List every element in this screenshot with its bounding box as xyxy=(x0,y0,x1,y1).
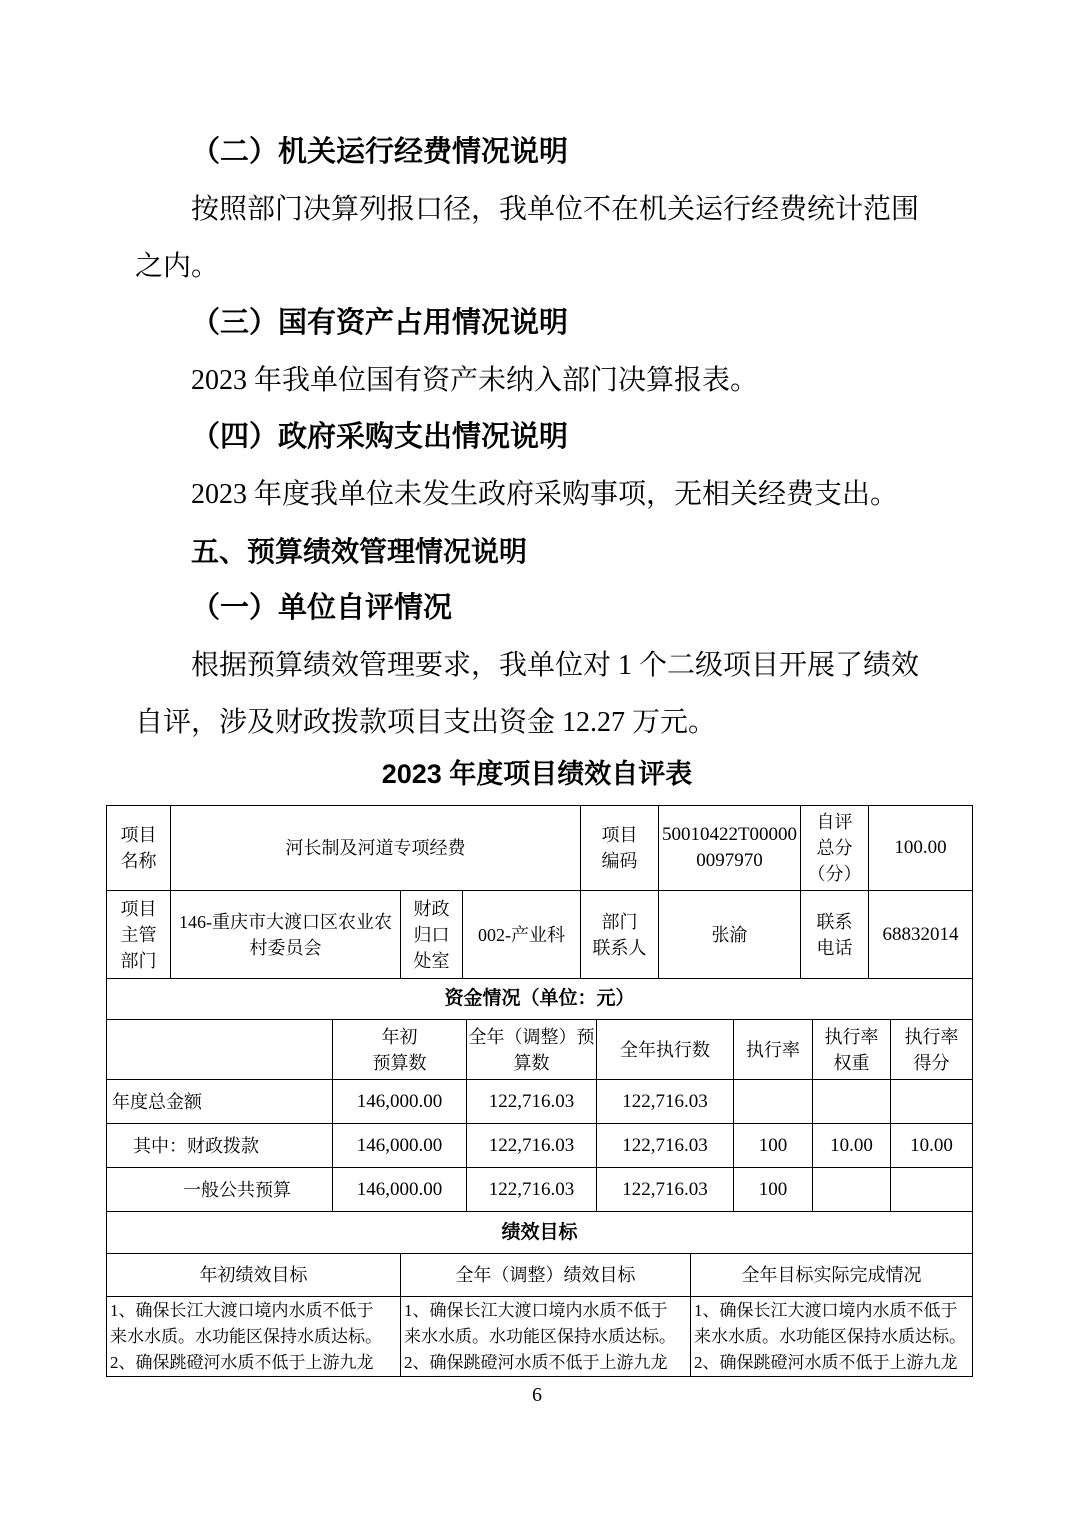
contact-value: 张渝 xyxy=(659,891,801,979)
funds-header-executed: 全年执行数 xyxy=(597,1020,734,1080)
table-row: 其中：财政拨款 146,000.00 122,716.03 122,716.03… xyxy=(107,1124,973,1168)
document-page: （二）机关运行经费情况说明 按照部门决算列报口径，我单位不在机关运行经费统计范围… xyxy=(0,0,1074,1520)
funds-header-initial-budget: 年初 预算数 xyxy=(333,1020,467,1080)
table-row: 年初 预算数 全年（调整）预 算数 全年执行数 执行率 执行率 权重 执行率 得… xyxy=(107,1020,973,1080)
table-row: 年度总金额 146,000.00 122,716.03 122,716.03 xyxy=(107,1080,973,1124)
project-code-value: 50010422T00000 0097970 xyxy=(659,806,801,891)
funds-header-rate-score: 执行率 得分 xyxy=(891,1020,973,1080)
table-title: 2023 年度项目绩效自评表 xyxy=(0,752,1074,796)
finance-office-value: 002-产业科 xyxy=(463,891,581,979)
para-org-operating-expense: 按照部门决算列报口径，我单位不在机关运行经费统计范围 之内。 xyxy=(135,181,959,295)
funds-header-execution-rate: 执行率 xyxy=(734,1020,813,1080)
funds-row-label: 一般公共预算 xyxy=(107,1168,333,1212)
perf-header-initial-goal: 年初绩效目标 xyxy=(107,1254,401,1297)
funds-rate-weight xyxy=(813,1080,891,1124)
project-name-label: 项目 名称 xyxy=(107,806,171,891)
dept-label: 项目 主管 部门 xyxy=(107,891,171,979)
para-self-evaluation: 根据预算绩效管理要求，我单位对 1 个二级项目开展了绩效 自评，涉及财政拨款项目… xyxy=(135,637,959,751)
para-gov-procurement: 2023 年度我单位未发生政府采购事项，无相关经费支出。 xyxy=(135,466,959,523)
funds-table: 资金情况（单位：元） 年初 预算数 全年（调整）预 算数 全年执行数 执行率 执… xyxy=(106,978,973,1212)
performance-section-title: 绩效目标 xyxy=(107,1212,973,1254)
body-text: （二）机关运行经费情况说明 按照部门决算列报口径，我单位不在机关运行经费统计范围… xyxy=(135,124,959,751)
perf-header-adjusted-goal: 全年（调整）绩效目标 xyxy=(401,1254,691,1297)
heading-budget-performance: 五、预算绩效管理情况说明 xyxy=(135,523,959,580)
funds-header-blank xyxy=(107,1020,333,1080)
table-row: 项目 名称 河长制及河道专项经费 项目 编码 50010422T00000 00… xyxy=(107,806,973,891)
funds-adjusted-budget: 122,716.03 xyxy=(467,1124,597,1168)
performance-table: 绩效目标 年初绩效目标 全年（调整）绩效目标 全年目标实际完成情况 1、确保长江… xyxy=(106,1211,973,1377)
funds-adjusted-budget: 122,716.03 xyxy=(467,1080,597,1124)
contact-label: 部门 联系人 xyxy=(581,891,659,979)
funds-initial-budget: 146,000.00 xyxy=(333,1124,467,1168)
funds-executed: 122,716.03 xyxy=(597,1080,734,1124)
project-code-label: 项目 编码 xyxy=(581,806,659,891)
funds-initial-budget: 146,000.00 xyxy=(333,1080,467,1124)
table-row: 绩效目标 xyxy=(107,1212,973,1254)
self-score-label: 自评 总分 （分） xyxy=(801,806,869,891)
perf-actual-completion-text: 1、确保长江大渡口境内水质不低于 来水水质。水功能区保持水质达标。 2、确保跳磴… xyxy=(691,1297,973,1377)
phone-label: 联系 电话 xyxy=(801,891,869,979)
funds-execution-rate xyxy=(734,1080,813,1124)
page-number: 6 xyxy=(0,1380,1074,1410)
heading-self-evaluation: （一）单位自评情况 xyxy=(135,580,959,637)
perf-adjusted-goal-text: 1、确保长江大渡口境内水质不低于 来水水质。水功能区保持水质达标。 2、确保跳磴… xyxy=(401,1297,691,1377)
table-row: 项目 主管 部门 146-重庆市大渡口区农业农 村委员会 财政 归口 处室 00… xyxy=(107,891,973,979)
funds-rate-score: 10.00 xyxy=(891,1124,973,1168)
funds-rate-weight xyxy=(813,1168,891,1212)
para-state-assets: 2023 年我单位国有资产未纳入部门决算报表。 xyxy=(135,352,959,409)
finance-office-label: 财政 归口 处室 xyxy=(401,891,463,979)
dept-value: 146-重庆市大渡口区农业农 村委员会 xyxy=(171,891,401,979)
perf-initial-goal-text: 1、确保长江大渡口境内水质不低于 来水水质。水功能区保持水质达标。 2、确保跳磴… xyxy=(107,1297,401,1377)
funds-rate-score xyxy=(891,1168,973,1212)
table-row: 1、确保长江大渡口境内水质不低于 来水水质。水功能区保持水质达标。 2、确保跳磴… xyxy=(107,1297,973,1377)
funds-executed: 122,716.03 xyxy=(597,1168,734,1212)
project-info-table: 项目 名称 河长制及河道专项经费 项目 编码 50010422T00000 00… xyxy=(106,805,973,979)
funds-executed: 122,716.03 xyxy=(597,1124,734,1168)
funds-row-label: 年度总金额 xyxy=(107,1080,333,1124)
project-name-value: 河长制及河道专项经费 xyxy=(171,806,581,891)
perf-header-actual-completion: 全年目标实际完成情况 xyxy=(691,1254,973,1297)
table-row: 一般公共预算 146,000.00 122,716.03 122,716.03 … xyxy=(107,1168,973,1212)
funds-rate-score xyxy=(891,1080,973,1124)
funds-initial-budget: 146,000.00 xyxy=(333,1168,467,1212)
funds-section-title: 资金情况（单位：元） xyxy=(107,979,973,1020)
funds-header-adjusted-budget: 全年（调整）预 算数 xyxy=(467,1020,597,1080)
funds-adjusted-budget: 122,716.03 xyxy=(467,1168,597,1212)
heading-org-operating-expense: （二）机关运行经费情况说明 xyxy=(135,124,959,181)
funds-row-label: 其中：财政拨款 xyxy=(107,1124,333,1168)
funds-execution-rate: 100 xyxy=(734,1168,813,1212)
heading-gov-procurement: （四）政府采购支出情况说明 xyxy=(135,409,959,466)
table-row: 年初绩效目标 全年（调整）绩效目标 全年目标实际完成情况 xyxy=(107,1254,973,1297)
self-score-value: 100.00 xyxy=(869,806,973,891)
funds-header-rate-weight: 执行率 权重 xyxy=(813,1020,891,1080)
heading-state-assets: （三）国有资产占用情况说明 xyxy=(135,295,959,352)
self-evaluation-table: 项目 名称 河长制及河道专项经费 项目 编码 50010422T00000 00… xyxy=(106,805,972,1377)
funds-execution-rate: 100 xyxy=(734,1124,813,1168)
table-row: 资金情况（单位：元） xyxy=(107,979,973,1020)
phone-value: 68832014 xyxy=(869,891,973,979)
funds-rate-weight: 10.00 xyxy=(813,1124,891,1168)
